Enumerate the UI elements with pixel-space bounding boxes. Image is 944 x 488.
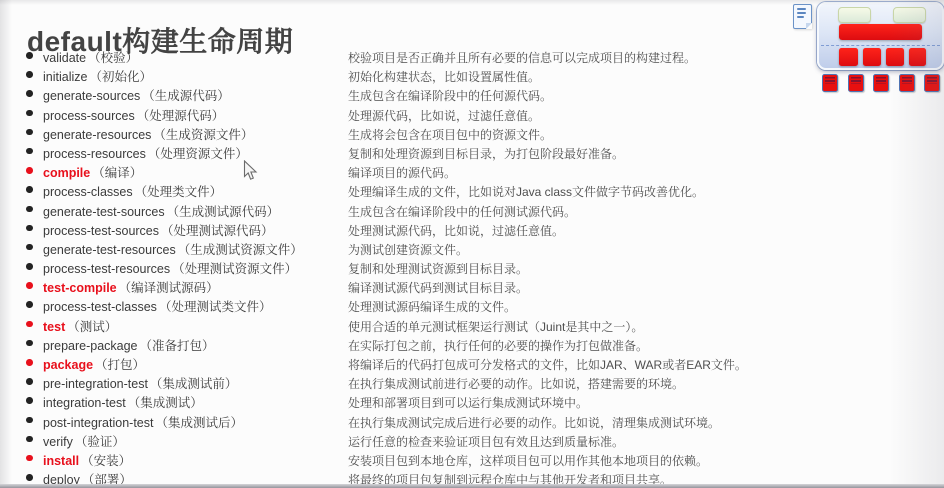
phase-name: process-resources — [43, 147, 146, 161]
phase-description: 处理和部署项目到可以运行集成测试环境中。 — [348, 394, 588, 411]
phase-description: 复制和处理测试资源到目标目录。 — [348, 260, 528, 277]
bullet-icon — [26, 110, 33, 117]
phase-name: verify — [43, 435, 73, 449]
bullet-icon — [26, 148, 33, 155]
red-phase-columns — [839, 48, 926, 66]
phase-description: 将编译后的代码打包成可分发格式的文件，比如JAR、WAR或者EAR文件。 — [348, 356, 747, 373]
bullet-icon — [26, 225, 33, 232]
lifecycle-row: test（测试） 使用合适的单元测试框架运行测试（Juint是其中之一）。 — [0, 315, 944, 334]
phase-description: 生成包含在编译阶段中的任何源代码。 — [348, 87, 552, 104]
phase-annotation: （处理资源文件） — [148, 147, 248, 161]
phase-description: 安装项目包到本地仓库，这样项目包可以用作其他本地项目的依赖。 — [348, 452, 708, 469]
phase-name: generate-resources — [43, 128, 151, 142]
build-lifecycle-diagram — [790, 0, 944, 100]
red-column — [839, 48, 858, 66]
bullet-icon — [26, 206, 33, 213]
bullet-icon — [26, 359, 33, 366]
phase-label: generate-sources（生成源代码） — [43, 86, 230, 104]
lifecycle-row: generate-test-resources（生成测试资源文件） 为测试创建资… — [0, 238, 944, 257]
phase-annotation: （打包） — [95, 358, 145, 372]
phase-description: 初始化构建状态，比如设置属性值。 — [348, 68, 540, 85]
lifecycle-row: pre-integration-test（集成测试前） 在执行集成测试前进行必要… — [0, 372, 944, 391]
bullet-icon — [26, 244, 33, 251]
bullet-icon — [26, 417, 33, 424]
phase-description: 使用合适的单元测试框架运行测试（Juint是其中之一）。 — [348, 318, 643, 335]
lifecycle-row: integration-test（集成测试） 处理和部署项目到可以运行集成测试环… — [0, 391, 944, 410]
phase-label: prepare-package（准备打包） — [43, 336, 215, 354]
phase-name: initialize — [43, 70, 87, 84]
lifecycle-row: install（安装） 安装项目包到本地仓库，这样项目包可以用作其他本地项目的依… — [0, 449, 944, 468]
diagram-panel — [817, 2, 944, 70]
green-stage-box — [838, 7, 871, 23]
lifecycle-row: generate-resources（生成资源文件） 生成将会包含在项目包中的资… — [0, 123, 944, 142]
red-column — [909, 48, 926, 66]
lifecycle-row: verify（验证） 运行任意的检查来验证项目包有效且达到质量标准。 — [0, 430, 944, 449]
phase-annotation: （部署） — [82, 473, 132, 487]
lifecycle-row: process-test-resources（处理测试资源文件） 复制和处理测试… — [0, 257, 944, 276]
phase-description: 在执行集成测试前进行必要的动作。比如说，搭建需要的环境。 — [348, 375, 684, 392]
package-icon — [848, 74, 864, 92]
phase-label: process-resources（处理资源文件） — [43, 144, 248, 162]
lifecycle-row: package（打包） 将编译后的代码打包成可分发格式的文件，比如JAR、WAR… — [0, 353, 944, 372]
phase-annotation: （处理类文件） — [135, 185, 223, 199]
phase-annotation: （生成源代码） — [142, 89, 230, 103]
bullet-icon — [26, 90, 33, 97]
phase-annotation: （集成测试） — [128, 396, 203, 410]
phase-label: validate（校验） — [43, 48, 138, 66]
phase-annotation: （校验） — [88, 51, 138, 65]
green-stage-box — [893, 7, 926, 23]
phase-label: package（打包） — [43, 355, 145, 373]
phase-annotation: （初始化） — [89, 70, 152, 84]
lifecycle-row: process-resources（处理资源文件） 复制和处理资源到目标目录，为… — [0, 142, 944, 161]
phase-description: 生成将会包含在项目包中的资源文件。 — [348, 126, 552, 143]
phase-description: 将最终的项目包复制到远程仓库中与其他开发者和项目共享。 — [348, 471, 672, 488]
document-icon — [793, 4, 812, 29]
phase-annotation: （处理测试资源文件） — [172, 262, 297, 276]
bullet-icon — [26, 455, 33, 462]
phase-annotation: （编译） — [92, 166, 142, 180]
phase-annotation: （处理测试源代码） — [161, 224, 274, 238]
phase-description: 在实际打包之前，执行任何的必要的操作为打包做准备。 — [348, 337, 648, 354]
phase-label: process-test-resources（处理测试资源文件） — [43, 259, 297, 277]
phase-label: generate-test-resources（生成测试资源文件） — [43, 240, 303, 258]
lifecycle-row: process-test-classes（处理测试类文件） 处理测试源码编译生成… — [0, 295, 944, 314]
phase-label: post-integration-test（集成测试后） — [43, 413, 243, 431]
bullet-icon — [26, 397, 33, 404]
phase-description: 复制和处理资源到目标目录，为打包阶段最好准备。 — [348, 145, 624, 162]
phase-label: integration-test（集成测试） — [43, 393, 203, 411]
phase-description: 运行任意的检查来验证项目包有效且达到质量标准。 — [348, 433, 624, 450]
lifecycle-row: generate-test-sources（生成测试源代码） 生成包含在编译阶段… — [0, 200, 944, 219]
phase-name: process-sources — [43, 109, 135, 123]
phase-name: generate-test-sources — [43, 205, 165, 219]
phase-annotation: （集成测试后） — [155, 416, 243, 430]
bullet-icon — [26, 263, 33, 270]
bullet-icon — [26, 301, 33, 308]
lifecycle-list: validate（校验） 校验项目是否正确并且所有必要的信息可以完成项目的构建过… — [0, 46, 944, 487]
package-icon — [924, 74, 940, 92]
phase-annotation: （生成测试资源文件） — [178, 243, 303, 257]
phase-label: process-classes（处理类文件） — [43, 182, 222, 200]
package-icon — [899, 74, 915, 92]
page-fold-icon — [806, 23, 812, 29]
phase-annotation: （集成测试前） — [150, 377, 238, 391]
phase-label: generate-test-sources（生成测试源代码） — [43, 202, 279, 220]
phase-label: test（测试） — [43, 317, 117, 335]
phase-label: initialize（初始化） — [43, 67, 152, 85]
bullet-icon — [26, 436, 33, 443]
phase-annotation: （测试） — [67, 320, 117, 334]
phase-description: 处理测试源码编译生成的文件。 — [348, 298, 516, 315]
phase-name: generate-test-resources — [43, 243, 176, 257]
package-icons-row — [822, 74, 940, 92]
phase-description: 校验项目是否正确并且所有必要的信息可以完成项目的构建过程。 — [348, 49, 696, 66]
phase-description: 处理源代码，比如说，过滤任意值。 — [348, 107, 540, 124]
bullet-icon — [26, 71, 33, 78]
phase-name: process-test-classes — [43, 300, 157, 314]
phase-label: compile（编译） — [43, 163, 142, 181]
phase-name: integration-test — [43, 396, 126, 410]
phase-label: test-compile（编译测试源码） — [43, 278, 219, 296]
lifecycle-row: process-test-sources（处理测试源代码） 处理测试源代码，比如… — [0, 219, 944, 238]
phase-description: 编译测试源代码到测试目标目录。 — [348, 279, 528, 296]
red-column — [886, 48, 904, 66]
phase-label: process-test-classes（处理测试类文件） — [43, 297, 271, 315]
lifecycle-row: post-integration-test（集成测试后） 在执行集成测试完成后进… — [0, 411, 944, 430]
phase-description: 编译项目的源代码。 — [348, 164, 456, 181]
bullet-icon — [26, 186, 33, 193]
phase-name: test-compile — [43, 281, 117, 295]
phase-name: process-classes — [43, 185, 133, 199]
bullet-icon — [26, 378, 33, 385]
phase-description: 为测试创建资源文件。 — [348, 241, 468, 258]
phase-label: process-test-sources（处理测试源代码） — [43, 221, 274, 239]
phase-name: post-integration-test — [43, 416, 153, 430]
phase-annotation: （处理测试类文件） — [159, 300, 272, 314]
bullet-icon — [26, 129, 33, 136]
phase-name: deploy — [43, 473, 80, 487]
bullet-icon — [26, 474, 33, 481]
lifecycle-row: test-compile（编译测试源码） 编译测试源代码到测试目标目录。 — [0, 276, 944, 295]
phase-annotation: （生成资源文件） — [153, 128, 253, 142]
lifecycle-row: process-sources（处理源代码） 处理源代码，比如说，过滤任意值。 — [0, 104, 944, 123]
package-icon — [822, 74, 838, 92]
bullet-icon — [26, 52, 33, 59]
phase-annotation: （生成测试源代码） — [167, 205, 280, 219]
bullet-icon — [26, 340, 33, 347]
phase-name: prepare-package — [43, 339, 138, 353]
phase-name: process-test-sources — [43, 224, 159, 238]
phase-label: install（安装） — [43, 451, 131, 469]
phase-label: generate-resources（生成资源文件） — [43, 125, 253, 143]
lifecycle-row: deploy（部署） 将最终的项目包复制到远程仓库中与其他开发者和项目共享。 — [0, 468, 944, 487]
phase-description: 处理测试源代码，比如说，过滤任意值。 — [348, 222, 564, 239]
phase-description: 处理编译生成的文件，比如说对Java class文件做字节码改善优化。 — [348, 183, 704, 200]
phase-annotation: （准备打包） — [140, 339, 215, 353]
phase-name: validate — [43, 51, 86, 65]
phase-label: verify（验证） — [43, 432, 125, 450]
phase-name: pre-integration-test — [43, 377, 148, 391]
phase-name: process-test-resources — [43, 262, 170, 276]
red-column — [863, 48, 881, 66]
bullet-icon — [26, 321, 33, 328]
phase-name: package — [43, 358, 93, 372]
phase-label: deploy（部署） — [43, 470, 132, 488]
phase-annotation: （安装） — [81, 454, 131, 468]
phase-annotation: （验证） — [75, 435, 125, 449]
phase-annotation: （处理源代码） — [137, 109, 225, 123]
phase-name: install — [43, 454, 79, 468]
bullet-icon — [26, 282, 33, 289]
lifecycle-row: prepare-package（准备打包） 在实际打包之前，执行任何的必要的操作… — [0, 334, 944, 353]
lifecycle-row: process-classes（处理类文件） 处理编译生成的文件，比如说对Jav… — [0, 180, 944, 199]
phase-annotation: （编译测试源码） — [119, 281, 219, 295]
phase-description: 在执行集成测试完成后进行必要的动作。比如说，清理集成测试环境。 — [348, 414, 720, 431]
phase-name: test — [43, 320, 65, 334]
phase-description: 生成包含在编译阶段中的任何测试源代码。 — [348, 203, 576, 220]
dashed-divider — [821, 45, 940, 46]
phase-label: pre-integration-test（集成测试前） — [43, 374, 237, 392]
mouse-cursor-icon — [243, 160, 258, 181]
phase-name: compile — [43, 166, 90, 180]
phase-label: process-sources（处理源代码） — [43, 106, 224, 124]
bullet-icon — [26, 167, 33, 174]
red-phase-bar — [839, 24, 922, 40]
phase-name: generate-sources — [43, 89, 140, 103]
lifecycle-row: compile（编译） 编译项目的源代码。 — [0, 161, 944, 180]
package-icon — [873, 74, 889, 92]
